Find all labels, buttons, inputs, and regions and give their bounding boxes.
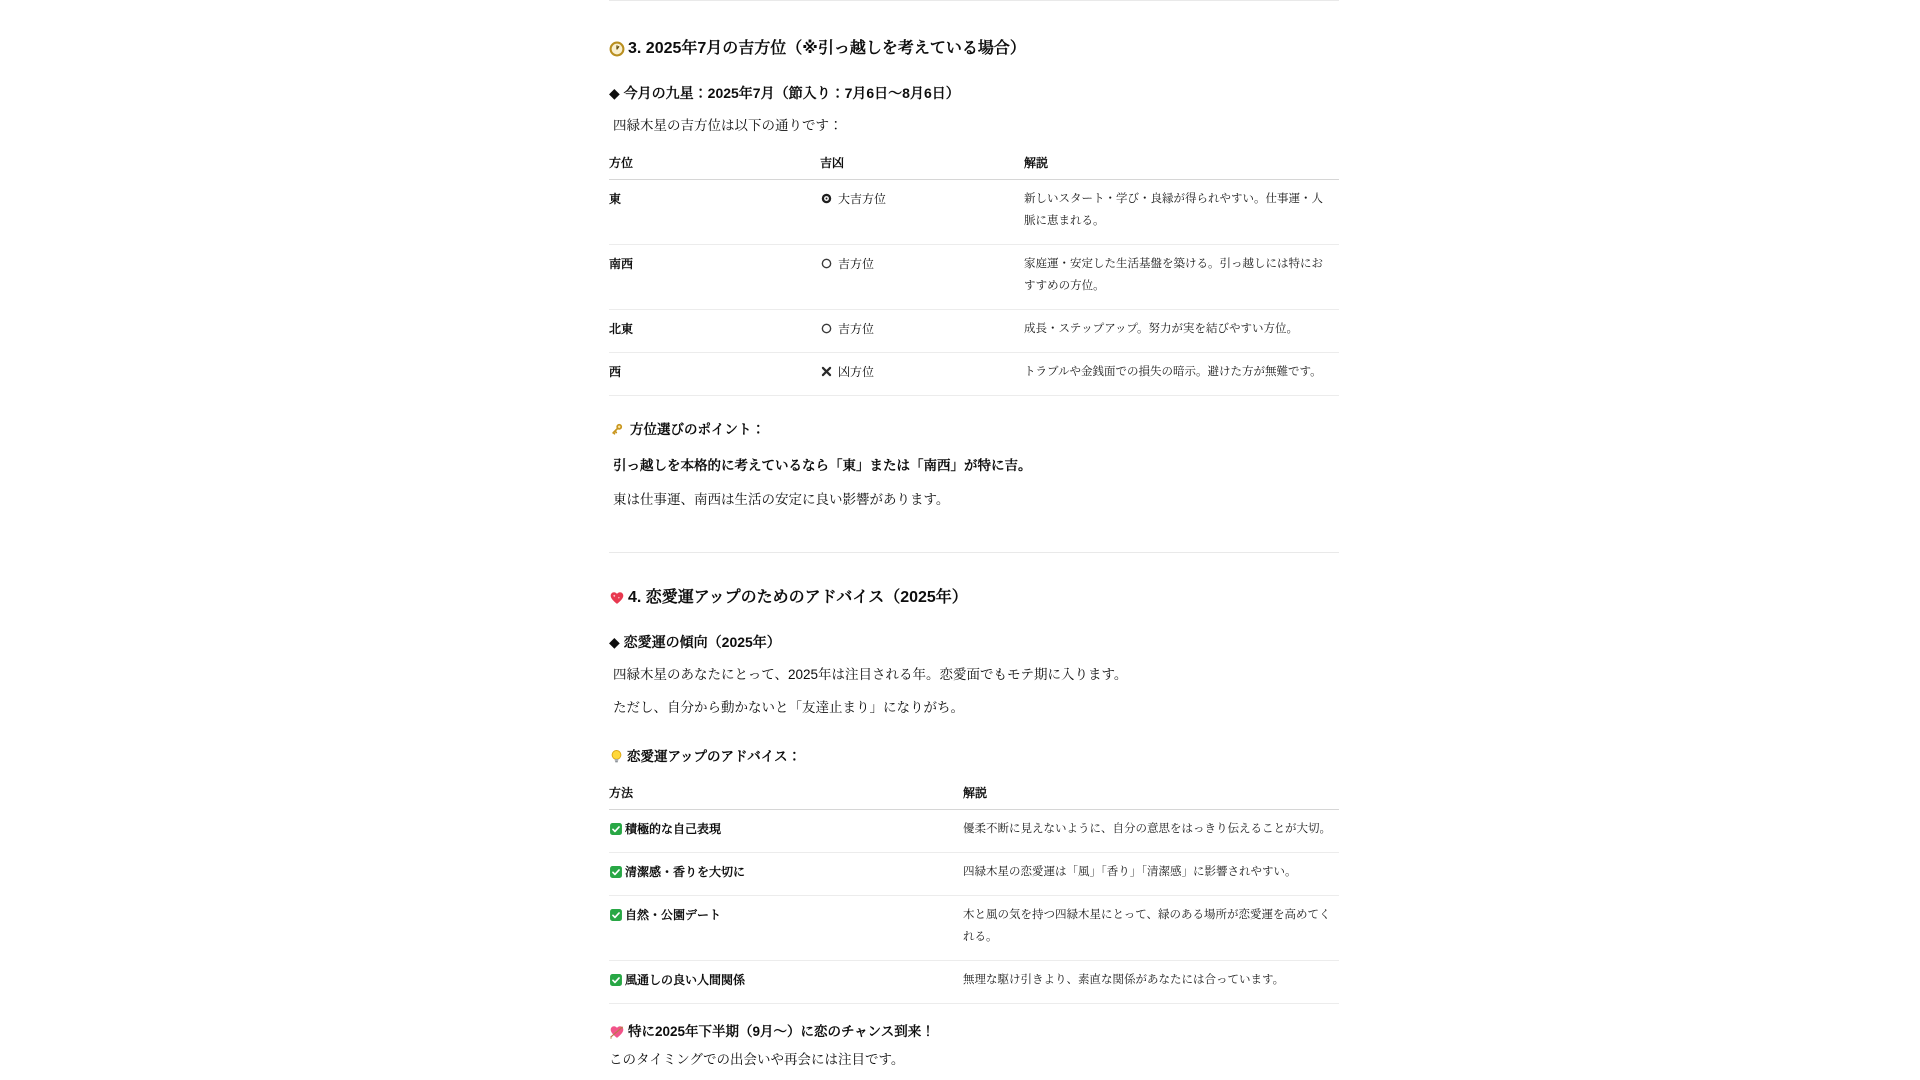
column-header-fortune: 吉凶 xyxy=(820,150,1024,180)
fortune-label: 吉方位 xyxy=(838,257,874,271)
description-cell: 木と風の気を持つ四緑木星にとって、緑のある場所が恋愛運を高めてくれる。 xyxy=(963,896,1339,961)
section-3-heading-text: 3. 2025年7月の吉方位（※引っ越しを考えている場合） xyxy=(628,37,1026,61)
green-check-icon xyxy=(609,973,623,987)
green-check-icon xyxy=(609,908,623,922)
column-header-direction: 方位 xyxy=(609,150,820,180)
love-chance-heading-text: 特に2025年下半期（9月〜）に恋のチャンス到来！ xyxy=(628,1020,935,1043)
key-icon xyxy=(609,422,624,437)
direction-cell: 東 xyxy=(609,180,820,245)
directions-table: 方位 吉凶 解説 東 大吉方位 新しいスタート・学び・良縁が得られやすい。仕事運… xyxy=(609,150,1339,396)
table-row: 西 凶方位 トラブルや金銭面での損失の暗示。避けた方が無難です。 xyxy=(609,353,1339,396)
direction-points-heading: 方位選びのポイント： xyxy=(609,418,1339,441)
direction-cell: 南西 xyxy=(609,245,820,310)
method-label: 風通しの良い人間関係 xyxy=(625,973,745,987)
direction-points-heading-text: 方位選びのポイント： xyxy=(630,418,765,441)
clock-icon xyxy=(609,41,625,57)
method-label: 積極的な自己表現 xyxy=(625,822,721,836)
fortune-label: 大吉方位 xyxy=(838,192,886,206)
column-header-method: 方法 xyxy=(609,780,963,810)
section-3-heading: 3. 2025年7月の吉方位（※引っ越しを考えている場合） xyxy=(609,37,1339,61)
direction-point-line: 引っ越しを本格的に考えているなら「東」または「南西」が特に吉。 xyxy=(609,454,1339,477)
description-cell: トラブルや金銭面での損失の暗示。避けた方が無難です。 xyxy=(1024,353,1339,396)
description-cell: 新しいスタート・学び・良縁が得られやすい。仕事運・人脈に恵まれる。 xyxy=(1024,180,1339,245)
table-row: 風通しの良い人間関係 無理な駆け引きより、素直な関係があなたには合っています。 xyxy=(609,961,1339,1004)
method-label: 自然・公園デート xyxy=(625,908,721,922)
cross-icon xyxy=(820,365,833,378)
section-3-intro: 四緑木星の吉方位は以下の通りです： xyxy=(609,114,1339,137)
directions-table-header-row: 方位 吉凶 解説 xyxy=(609,150,1339,180)
section-3-subheading: ◆ 今月の九星：2025年7月（節入り：7月6日〜8月6日） xyxy=(609,82,1339,104)
column-header-description: 解説 xyxy=(963,780,1339,810)
table-row: 東 大吉方位 新しいスタート・学び・良縁が得られやすい。仕事運・人脈に恵まれる。 xyxy=(609,180,1339,245)
column-header-description: 解説 xyxy=(1024,150,1339,180)
circle-icon xyxy=(820,322,833,335)
fortune-label: 吉方位 xyxy=(838,322,874,336)
fortune-cell: 吉方位 xyxy=(820,310,1024,353)
green-check-icon xyxy=(609,822,623,836)
method-cell: 清潔感・香りを大切に xyxy=(609,853,963,896)
table-row: 清潔感・香りを大切に 四緑木星の恋愛運は「風」「香り」「清潔感」に影響されやすい… xyxy=(609,853,1339,896)
section-4-heading-text: 4. 恋愛運アップのためのアドバイス（2025年） xyxy=(628,586,968,610)
method-cell: 自然・公園デート xyxy=(609,896,963,961)
love-advice-heading: 恋愛運アップのアドバイス： xyxy=(609,745,1339,768)
love-chance-heading: 特に2025年下半期（9月〜）に恋のチャンス到来！ xyxy=(609,1020,1339,1043)
circle-icon xyxy=(820,257,833,270)
top-divider xyxy=(609,0,1339,1)
method-label: 清潔感・香りを大切に xyxy=(625,865,745,879)
table-row: 北東 吉方位 成長・ステップアップ。努力が実を結びやすい方位。 xyxy=(609,310,1339,353)
love-trend-paragraph: ただし、自分から動かないと「友達止まり」になりがち。 xyxy=(609,696,1339,719)
direction-cell: 西 xyxy=(609,353,820,396)
direction-cell: 北東 xyxy=(609,310,820,353)
section-4-subheading: ◆ 恋愛運の傾向（2025年） xyxy=(609,631,1339,653)
love-advice-header-row: 方法 解説 xyxy=(609,780,1339,810)
love-chance-note: このタイミングでの出会いや再会には注目です。 xyxy=(609,1048,1339,1071)
table-row: 積極的な自己表現 優柔不断に見えないように、自分の意思をはっきり伝えることが大切… xyxy=(609,810,1339,853)
method-cell: 積極的な自己表現 xyxy=(609,810,963,853)
description-cell: 成長・ステップアップ。努力が実を結びやすい方位。 xyxy=(1024,310,1339,353)
sparkling-heart-icon xyxy=(609,590,625,606)
heart-with-arrow-icon xyxy=(609,1024,625,1040)
direction-point-line: 東は仕事運、南西は生活の安定に良い影響があります。 xyxy=(609,488,1339,511)
fortune-cell: 凶方位 xyxy=(820,353,1024,396)
love-trend-paragraph: 四緑木星のあなたにとって、2025年は注目される年。恋愛面でもモテ期に入ります。 xyxy=(609,663,1339,686)
fortune-cell: 大吉方位 xyxy=(820,180,1024,245)
section-divider xyxy=(609,552,1339,553)
love-advice-heading-text: 恋愛運アップのアドバイス： xyxy=(627,745,801,768)
fortune-label: 凶方位 xyxy=(838,365,874,379)
double-circle-icon xyxy=(820,192,833,205)
table-row: 南西 吉方位 家庭運・安定した生活基盤を築ける。引っ越しには特におすすめの方位。 xyxy=(609,245,1339,310)
light-bulb-icon xyxy=(609,749,624,764)
fortune-cell: 吉方位 xyxy=(820,245,1024,310)
description-cell: 家庭運・安定した生活基盤を築ける。引っ越しには特におすすめの方位。 xyxy=(1024,245,1339,310)
description-cell: 無理な駆け引きより、素直な関係があなたには合っています。 xyxy=(963,961,1339,1004)
document-column: 3. 2025年7月の吉方位（※引っ越しを考えている場合） ◆ 今月の九星：20… xyxy=(609,0,1339,1071)
section-4-heading: 4. 恋愛運アップのためのアドバイス（2025年） xyxy=(609,586,1339,610)
method-cell: 風通しの良い人間関係 xyxy=(609,961,963,1004)
green-check-icon xyxy=(609,865,623,879)
description-cell: 四緑木星の恋愛運は「風」「香り」「清潔感」に影響されやすい。 xyxy=(963,853,1339,896)
table-row: 自然・公園デート 木と風の気を持つ四緑木星にとって、緑のある場所が恋愛運を高めて… xyxy=(609,896,1339,961)
love-advice-table: 方法 解説 積極的な自己表現 優柔不断に見えないように、自分の意思をはっきり伝え… xyxy=(609,780,1339,1004)
description-cell: 優柔不断に見えないように、自分の意思をはっきり伝えることが大切。 xyxy=(963,810,1339,853)
